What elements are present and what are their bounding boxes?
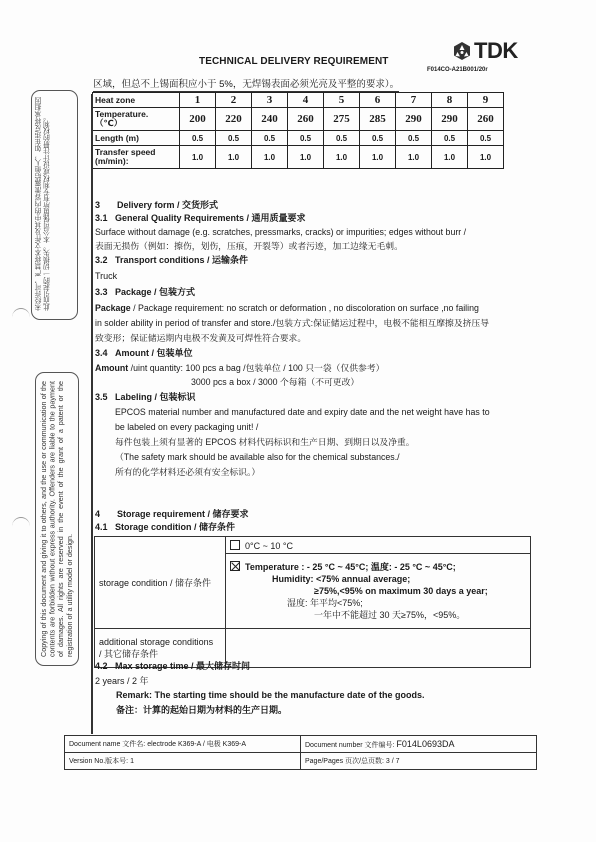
section-3-heading: 3Delivery form / 交货形式 bbox=[95, 199, 218, 212]
tdk-logo: TDK bbox=[452, 38, 518, 64]
document-footer-table: Document name 文件名: electrode K369-A / 电极… bbox=[64, 735, 537, 770]
heat-cell: 0.5 bbox=[396, 131, 432, 146]
heat-cell: 1.0 bbox=[468, 146, 504, 169]
package-text-2: in solder ability in period of transfer … bbox=[95, 317, 489, 330]
heat-cell: 0.5 bbox=[468, 131, 504, 146]
heat-cell: 0.5 bbox=[252, 131, 288, 146]
heat-cell: 1.0 bbox=[252, 146, 288, 169]
heat-cell: 0.5 bbox=[324, 131, 360, 146]
side-note-box-cn: 未经许可，严禁将本文件及其中的内容泄露给他人，如在违反将承担因此而引起的一切损失… bbox=[31, 90, 78, 320]
section-3-5-heading: 3.5Labeling / 包装标识 bbox=[95, 391, 196, 404]
heat-cell: 2 bbox=[216, 93, 252, 108]
storage-condition-table: storage condition / 储存条件 0°C ~ 10 °C Tem… bbox=[94, 536, 531, 668]
doc-id: F014CO-A21B001/20r bbox=[427, 67, 488, 73]
heat-cell: 290 bbox=[396, 108, 432, 131]
checkbox-checked-icon bbox=[230, 561, 240, 571]
heat-cell: 1.0 bbox=[324, 146, 360, 169]
heat-table-row: Transfer speed (m/min):1.01.01.01.01.01.… bbox=[93, 146, 504, 169]
heat-cell: 290 bbox=[432, 108, 468, 131]
tdk-logo-icon bbox=[452, 41, 472, 61]
footer-pages: Page/Pages 页次/总页数: 3 / 7 bbox=[301, 753, 537, 770]
heat-cell: 200 bbox=[180, 108, 216, 131]
heat-cell: 0.5 bbox=[180, 131, 216, 146]
heat-table-row: Temperature. （℃）200220240260275285290290… bbox=[93, 108, 504, 131]
quality-text-cn: 表面无损伤（例如：擦伤，划伤，压痕，开裂等）或者污迹，加工边缘无毛刺。 bbox=[95, 240, 403, 253]
heat-cell: 1.0 bbox=[288, 146, 324, 169]
package-text-1: Package / Package requirement: no scratc… bbox=[95, 302, 479, 315]
heat-cell: 1 bbox=[180, 93, 216, 108]
heat-cell: 0.5 bbox=[216, 131, 252, 146]
section-3-2-heading: 3.2Transport conditions / 运输条件 bbox=[95, 254, 248, 267]
section-3-3-heading: 3.3Package / 包装方式 bbox=[95, 286, 195, 299]
heat-cell: 260 bbox=[288, 108, 324, 131]
heat-cell: 4 bbox=[288, 93, 324, 108]
heat-cell: 220 bbox=[216, 108, 252, 131]
additional-storage-value bbox=[226, 629, 531, 668]
heat-cell: 9 bbox=[468, 93, 504, 108]
checkbox-unchecked-icon bbox=[230, 540, 240, 550]
heat-cell: 1.0 bbox=[216, 146, 252, 169]
heat-table-row: Heat zone123456789 bbox=[93, 93, 504, 108]
heat-cell: 1.0 bbox=[396, 146, 432, 169]
labeling-text-3: 每件包装上须有显著的 EPCOS 材料代码标识和生产日期、到期日以及净重。 bbox=[115, 436, 415, 449]
heat-cell: 0.5 bbox=[360, 131, 396, 146]
heat-cell: 285 bbox=[360, 108, 396, 131]
labeling-text-5: 所有的化学材料还必须有安全标识。） bbox=[115, 466, 260, 479]
side-note-box-en: Copying of this document and giving it t… bbox=[35, 372, 79, 666]
heat-cell: 1.0 bbox=[432, 146, 468, 169]
logo-text: TDK bbox=[474, 38, 518, 64]
amount-text-2: 3000 pcs a box / 3000 个每箱（不可更改） bbox=[191, 376, 359, 389]
heat-cell: 260 bbox=[468, 108, 504, 131]
heat-cell: 7 bbox=[396, 93, 432, 108]
section-3-4-heading: 3.4Amount / 包装单位 bbox=[95, 347, 193, 360]
confidential-note-cn: 未经许可，严禁将本文件及其中的内容泄露给他人，如在违反将承担因此而引起的一切损失… bbox=[36, 97, 70, 311]
section-3-1-heading: 3.1General Quality Requirements / 通用质量要求 bbox=[95, 212, 306, 225]
heat-cell: 0.5 bbox=[432, 131, 468, 146]
punch-hole-mark bbox=[12, 517, 30, 536]
storage-option-cold: 0°C ~ 10 °C bbox=[226, 537, 531, 554]
heat-cell: 0.5 bbox=[288, 131, 324, 146]
heat-row-label: Transfer speed (m/min): bbox=[93, 146, 180, 169]
remark-cn: 备注：计算的起始日期为材料的生产日期。 bbox=[116, 704, 287, 717]
heat-zone-table: Heat zone123456789Temperature. （℃）200220… bbox=[92, 92, 504, 169]
transport-text: Truck bbox=[95, 270, 117, 283]
heat-row-label: Heat zone bbox=[93, 93, 180, 108]
section-4-1-heading: 4.1Storage condition / 储存条件 bbox=[95, 521, 235, 534]
labeling-text-4: （The safety mark should be available als… bbox=[115, 451, 400, 464]
heat-cell: 240 bbox=[252, 108, 288, 131]
heat-row-label: Temperature. （℃） bbox=[93, 108, 180, 131]
footer-document-number: Document number 文件编号: F014L0693DA bbox=[301, 736, 537, 753]
heat-cell: 1.0 bbox=[360, 146, 396, 169]
punch-hole-mark bbox=[12, 308, 30, 327]
confidential-note-en: Copying of this document and giving it t… bbox=[40, 381, 74, 657]
document-title: TECHNICAL DELIVERY REQUIREMENT bbox=[199, 56, 389, 67]
labeling-text-1: EPCOS material number and manufactured d… bbox=[115, 406, 490, 419]
heat-cell: 3 bbox=[252, 93, 288, 108]
amount-text-1: Amount /uint quantity: 100 pcs a bag /包装… bbox=[95, 362, 384, 375]
heat-cell: 1.0 bbox=[180, 146, 216, 169]
section-4-heading: 4Storage requirement / 储存要求 bbox=[95, 508, 249, 521]
heat-table-row: Length (m)0.50.50.50.50.50.50.50.50.5 bbox=[93, 131, 504, 146]
package-text-3: 致变形；保证储运期内电极不发黄及可焊性符合要求。 bbox=[95, 332, 306, 345]
footer-version: Version No.版本号: 1 bbox=[65, 753, 301, 770]
left-margin-rule bbox=[91, 94, 93, 734]
heat-cell: 8 bbox=[432, 93, 468, 108]
storage-option-ambient: Temperature : - 25 °C ~ 45°C; 温度: - 25 °… bbox=[226, 554, 531, 629]
heat-cell: 5 bbox=[324, 93, 360, 108]
heat-row-label: Length (m) bbox=[93, 131, 180, 146]
footer-document-name: Document name 文件名: electrode K369-A / 电极… bbox=[65, 736, 301, 753]
continued-text: 区域，但总不上锡面积应小于 5%，无焊锡表面必须光亮及平整的要求）。 bbox=[93, 76, 399, 92]
remark-en: Remark: The starting time should be the … bbox=[116, 689, 425, 702]
labeling-text-2: be labeled on every packaging unit! / bbox=[115, 421, 258, 434]
heat-cell: 6 bbox=[360, 93, 396, 108]
section-4-2-heading: 4.2Max storage time / 最大储存时间 bbox=[95, 660, 250, 673]
quality-text-en: Surface without damage (e.g. scratches, … bbox=[95, 226, 466, 239]
storage-condition-label: storage condition / 储存条件 bbox=[95, 537, 226, 629]
storage-time-text: 2 years / 2 年 bbox=[95, 675, 149, 688]
heat-cell: 275 bbox=[324, 108, 360, 131]
